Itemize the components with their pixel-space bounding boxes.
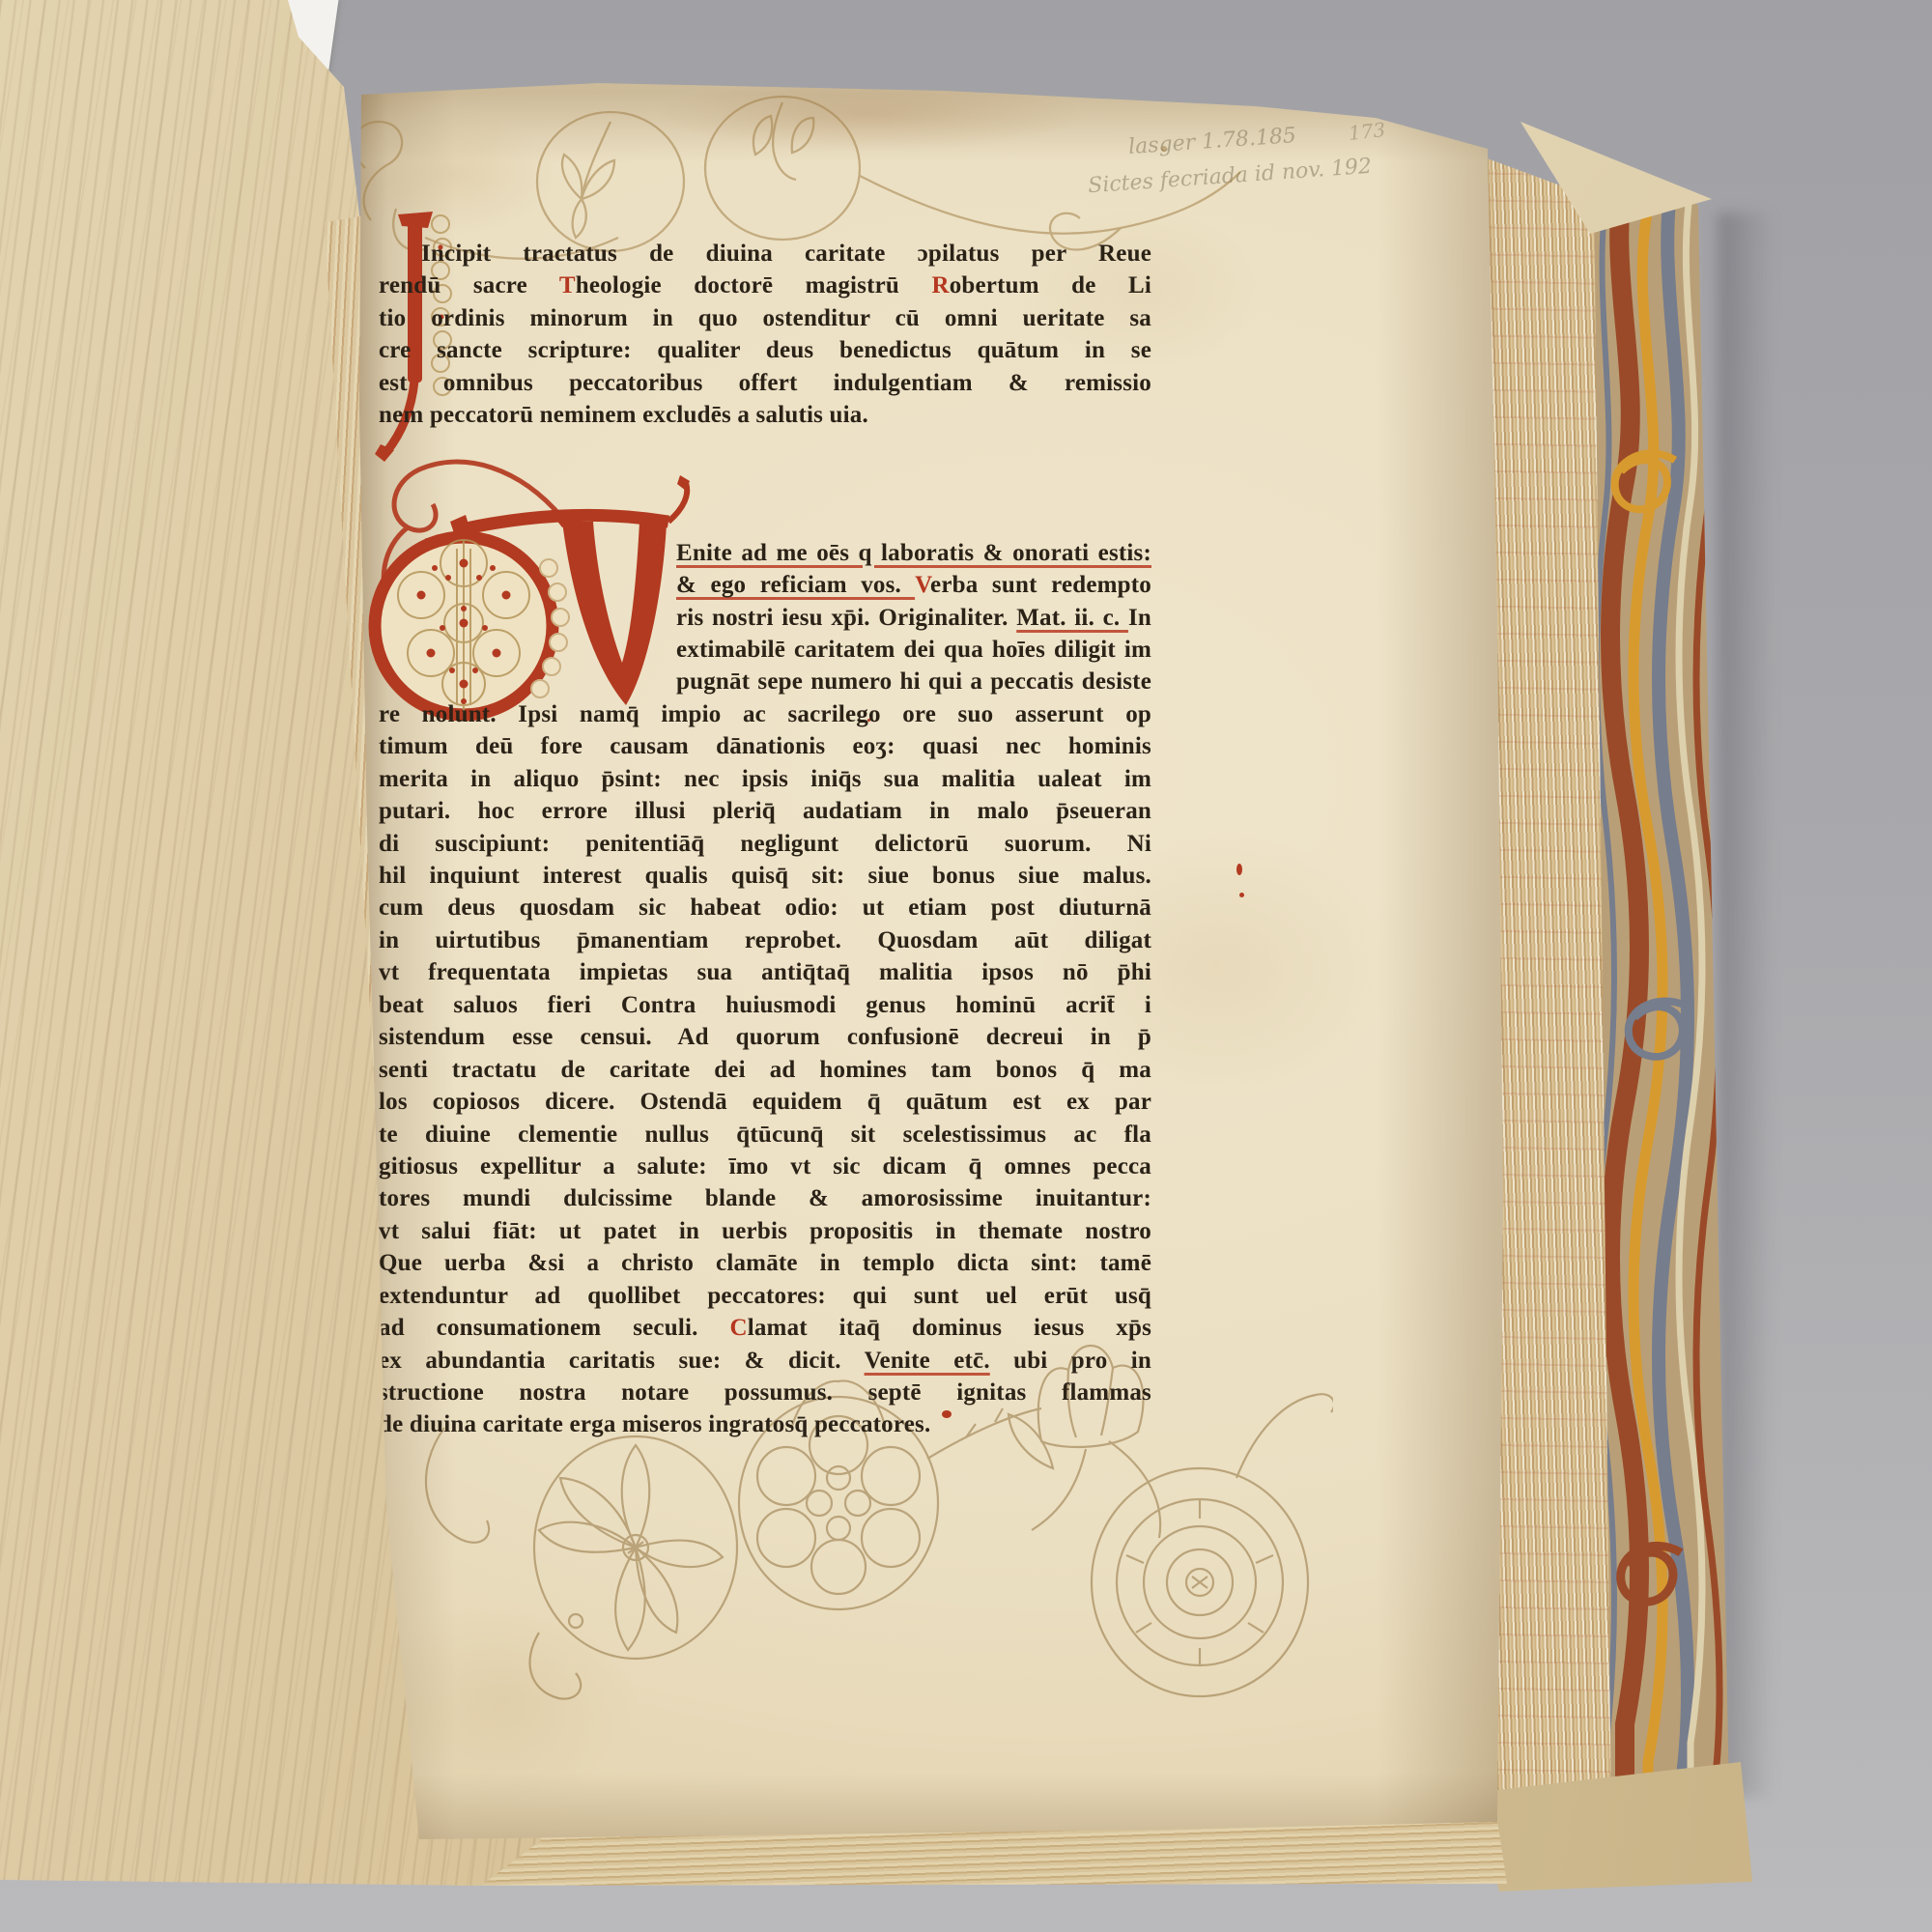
text-line: extenduntur ad quollibet peccatores: qui… <box>379 1280 1151 1312</box>
rubricated-capital: V <box>915 572 930 598</box>
marbling-pattern <box>1592 170 1733 1828</box>
text-line: timum deū fore causam dānationis eoʒ: qu… <box>379 730 1151 762</box>
text-line: merita in aliquo p̄sint: nec ipsis iniq̄… <box>379 763 1151 795</box>
text-line: ad consumationem seculi. Clamat itaq̄ do… <box>379 1312 1151 1344</box>
text-line: est omnibus peccatoribus offert indulgen… <box>379 367 1151 399</box>
text-segment: ris nostri iesu xp̄i. Originaliter. <box>676 605 1016 631</box>
text-segment: ubi pro in <box>990 1348 1151 1374</box>
text-line: gitiosus expellitur a salute: īmo vt sic… <box>379 1151 1151 1182</box>
text-line: vt salui fiāt: ut patet in uerbis propos… <box>379 1215 1151 1247</box>
text-line: Incipit tractatus de diuina caritate ɔpi… <box>379 238 1151 270</box>
text-line: Enite ad me oēs q laboratis & onorati es… <box>676 537 1151 569</box>
text-line: los copiosos dicere. Ostendā equidem q̄ … <box>379 1086 1151 1118</box>
text-line: rendū sacre Theologie doctorē magistrū R… <box>379 270 1151 301</box>
underlined-citation: Mat. ii. c. <box>1016 605 1128 631</box>
text-line: beat saluos fieri Contra huiusmodi genus… <box>379 989 1151 1021</box>
text-segment: lamat itaq̄ dominus iesus xp̄s <box>748 1315 1151 1341</box>
text-segment: rendū sacre <box>379 272 559 298</box>
text-line: tio ordinis minorum in quo ostenditur cū… <box>379 302 1151 334</box>
text-line: vt frequentata impietas sua antiq̄taq̄ m… <box>379 956 1151 988</box>
text-line: Que uerba &si a christo clamāte in templ… <box>379 1247 1151 1279</box>
text-segment: ad consumationem seculi. <box>379 1315 729 1341</box>
underlined-theme-verse: & ego reficiam vos. <box>676 572 915 598</box>
text-segment: obertum de Li <box>950 272 1151 298</box>
text-line: di suscipiunt: penitentiāq̄ negligunt de… <box>379 828 1151 860</box>
photo-background: lasger 1.78.185 Sictes fecriada id nov. … <box>0 0 1932 1932</box>
text-line: cum deus quosdam sic habeat odio: ut eti… <box>379 892 1151 923</box>
text-line: extimabilē caritatem dei qua hoīes dilig… <box>676 634 1151 666</box>
underlined-citation: Venite etc̄. <box>865 1348 990 1374</box>
text-segment: ex abundantia caritatis sue: & dicit. <box>379 1348 865 1374</box>
text-line: tores mundi dulcissime blande & amorosis… <box>379 1182 1151 1214</box>
text-line: te diuine clementie nullus q̄tūcunq̄ sit… <box>379 1119 1151 1151</box>
text-line: re nolunt. Ipsi namq̄ impio ac sacrilego… <box>379 698 1151 730</box>
text-line: nem peccatorū neminem excludēs a salutis… <box>379 399 1151 431</box>
text-segment: heologie doctorē magistrū <box>576 272 932 298</box>
text-line: pugnāt sepe numero hi qui a peccatis des… <box>676 666 1151 697</box>
text-line: de diuina caritate erga miseros ingratos… <box>379 1408 1151 1440</box>
text-segment: In <box>1128 605 1151 631</box>
text-line: ris nostri iesu xp̄i. Originaliter. Mat.… <box>676 602 1151 634</box>
text-line: structione nostra notare possumus. septē… <box>379 1377 1151 1408</box>
text-column: Incipit tractatus de diuina caritate ɔpi… <box>379 238 1151 1441</box>
text-line: hil inquiunt interest qualis quisq̄ sit:… <box>379 860 1151 892</box>
red-margin-mark <box>1236 864 1242 875</box>
book-cast-shadow <box>1718 213 1774 1797</box>
rubricated-capital: C <box>729 1315 747 1341</box>
text-line: ex abundantia caritatis sue: & dicit. Ve… <box>379 1345 1151 1377</box>
theme-paragraph: Enite ad me oēs q laboratis & onorati es… <box>676 537 1151 698</box>
folio-number: 173 <box>1348 118 1386 145</box>
text-line: senti tractatu de caritate dei ad homine… <box>379 1054 1151 1086</box>
text-segment: erba sunt redempto <box>930 572 1151 598</box>
rubricated-capital: R <box>931 272 949 298</box>
text-line: putari. hoc errore illusi pleriq̄ audati… <box>379 795 1151 827</box>
rubricated-capital: T <box>559 272 576 298</box>
text-line: & ego reficiam vos. Verba sunt redempto <box>676 569 1151 601</box>
underlined-theme-verse: Enite ad me oēs q laboratis & onorati es… <box>676 540 1151 566</box>
red-speck <box>1239 893 1244 897</box>
initial-gap <box>379 432 1151 537</box>
text-line: sistendum esse censui. Ad quorum confusi… <box>379 1021 1151 1053</box>
text-line: in uirtutibus p̄manentiam reprobet. Quos… <box>379 924 1151 956</box>
text-line: cre sancte scripture: qualiter deus bene… <box>379 334 1151 366</box>
